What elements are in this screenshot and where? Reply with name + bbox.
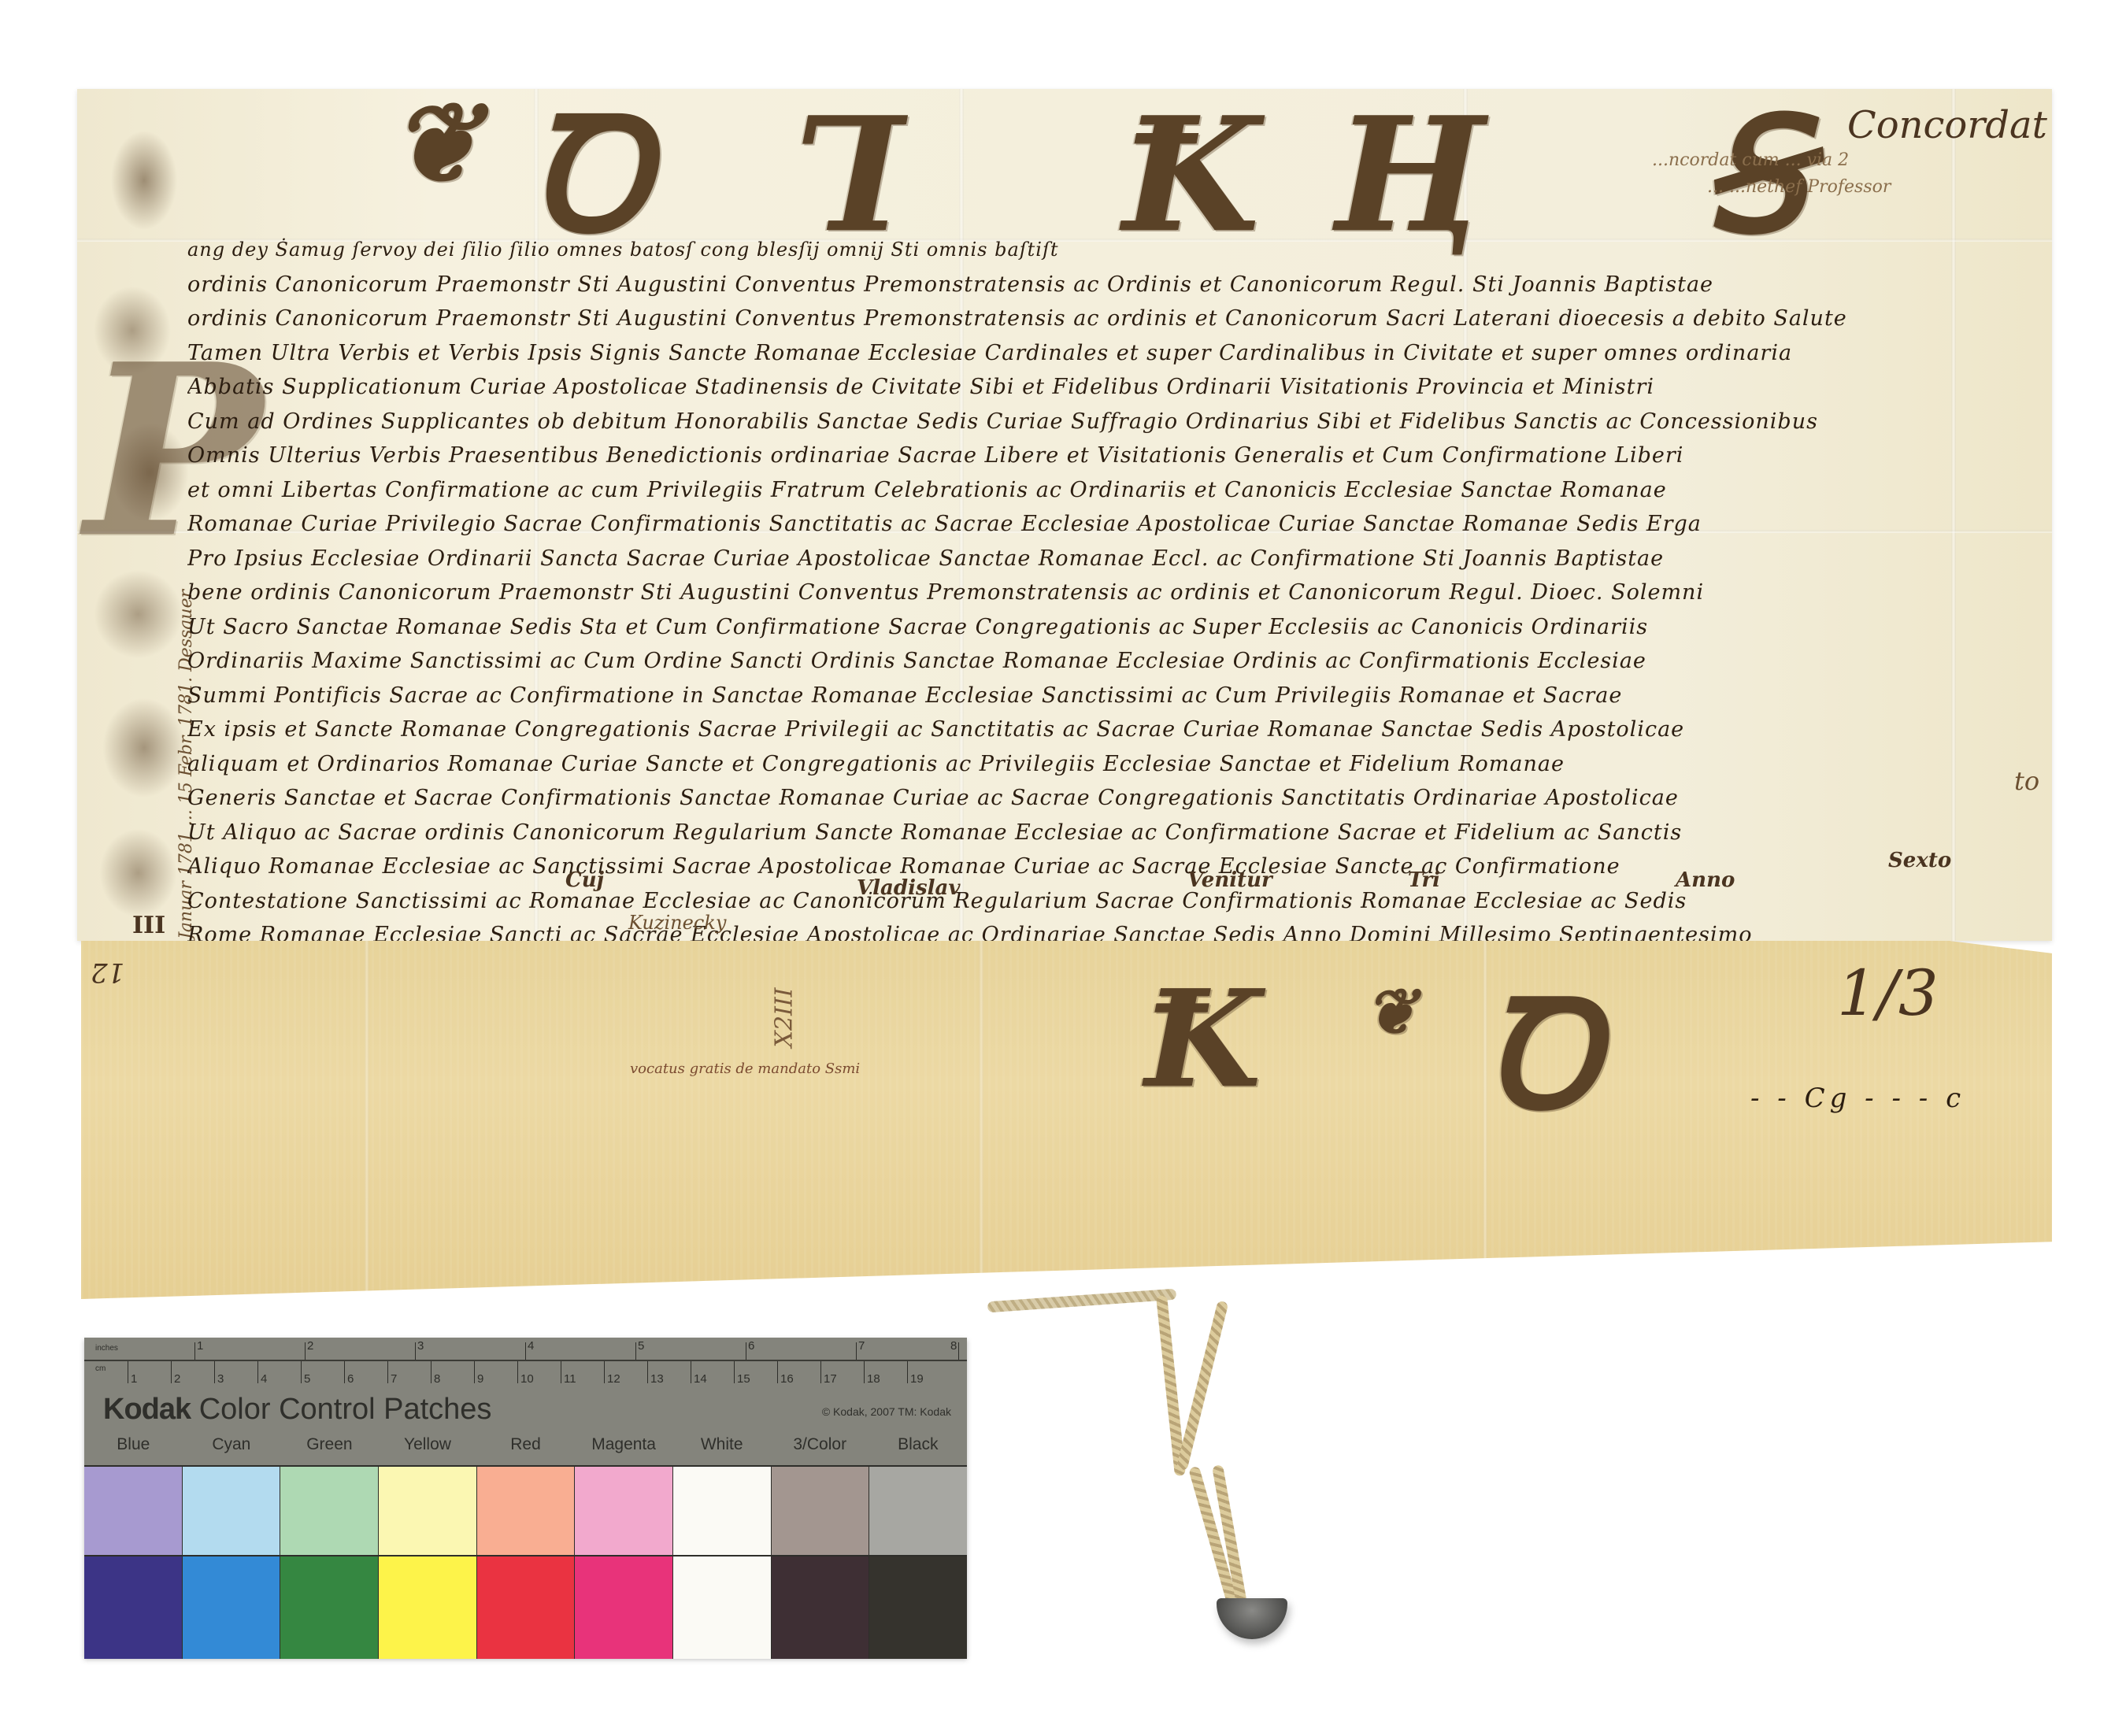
seal-cord (1176, 1301, 1229, 1471)
patch-red-light (477, 1467, 576, 1555)
plica-ornament: Ꝁ (1132, 972, 1274, 1106)
light-patch-row (84, 1465, 967, 1555)
ruler-tick-label: 17 (824, 1372, 837, 1386)
text-line: ang dey Ṡamug ſervoy dei ſilio ſilio omn… (187, 233, 1991, 268)
subscription-signature: Kuzinecky (628, 912, 726, 934)
seal-cord (987, 1289, 1176, 1313)
ruler-tick-label: 5 (638, 1339, 644, 1353)
patch-3color-dark (772, 1556, 870, 1659)
signature-word: Sexto (1888, 849, 1951, 872)
patch-cyan-light (183, 1467, 281, 1555)
ruler-tick-label: 7 (858, 1339, 865, 1353)
ruler-tick-label: 4 (528, 1339, 534, 1353)
parchment-texture (81, 941, 2052, 1299)
kodak-brand: Kodak (103, 1393, 191, 1426)
text-line: Generis Sanctae et Sacrae Confirmationis… (187, 781, 1991, 816)
ruler-tick-label: 10 (520, 1372, 534, 1386)
patch-yellow-light (379, 1467, 477, 1555)
ruler-tick-label: 3 (417, 1339, 424, 1353)
text-line: Ut Sacro Sanctae Romanae Sedis Sta et Cu… (187, 610, 1991, 645)
ruler-tick-label: 1 (131, 1372, 137, 1386)
patch-magenta-light (575, 1467, 673, 1555)
header-ornament: Ꞁ (770, 97, 928, 254)
text-line: ordinis Canonicorum Praemonstr Sti Augus… (187, 302, 1991, 336)
ruler-tick-label: 16 (780, 1372, 794, 1386)
kodak-title: Kodak Color Control Patches (103, 1393, 491, 1427)
plica-note: vocatus gratis de mandato Ssmi (630, 1060, 860, 1077)
signature-word: Anno (1676, 868, 1735, 892)
ruler-tick-label: 4 (261, 1372, 267, 1386)
charter-text-body: ang dey Ṡamug ſervoy dei ſilio ſilio omn… (187, 233, 1991, 1021)
text-line: Pro Ipsius Ecclesiae Ordinarii Sancta Sa… (187, 542, 1991, 576)
text-line: Cum ad Ordines Supplicantes ob debitum H… (187, 405, 1991, 439)
signature-word: Venitur (1187, 868, 1272, 892)
ruler-tick-label: 19 (910, 1372, 924, 1386)
patch-label-blue: Blue (84, 1427, 183, 1462)
patch-cyan-dark (183, 1556, 281, 1659)
plica-fold-flap: 12 X2III vocatus gratis de mandato Ssmi … (81, 941, 2052, 1299)
text-line: aliquam et Ordinarios Romanae Curiae San… (187, 747, 1991, 782)
patch-green-dark (280, 1556, 379, 1659)
patch-white-dark (673, 1556, 772, 1659)
ruler-unit-label: cm (95, 1364, 106, 1373)
patch-label-green: Green (280, 1427, 379, 1462)
patch-label-cyan: Cyan (183, 1427, 281, 1462)
patch-white-light (673, 1467, 772, 1555)
ruler-tick-label: 8 (434, 1372, 440, 1386)
ruler-tick-label: 5 (304, 1372, 310, 1386)
patch-magenta-dark (575, 1556, 673, 1659)
dark-patch-row (84, 1555, 967, 1659)
ruler-tick-label: 7 (391, 1372, 397, 1386)
text-line: ordinis Canonicorum Praemonstr Sti Augus… (187, 268, 1991, 302)
text-line: Summi Pontificis Sacrae ac Confirmatione… (187, 679, 1991, 713)
patch-black-dark (869, 1556, 967, 1659)
ruler-tick-label: 8 (950, 1339, 957, 1353)
plica-number: 12 (91, 957, 124, 988)
kodak-copyright: © Kodak, 2007 TM: Kodak (822, 1405, 951, 1418)
right-margin-mark: to (2014, 766, 2039, 796)
ruler-tick-label: 2 (307, 1339, 313, 1353)
header-ornament: Ꞩ (1676, 97, 1833, 254)
patch-label-white: White (672, 1427, 771, 1462)
text-line: et omni Libertas Confirmatione ac cum Pr… (187, 473, 1991, 508)
annotation-note: ...ncordat cum ... via 2 (1652, 150, 1849, 170)
text-line: Romanae Curiae Privilegio Sacrae Confirm… (187, 507, 1991, 542)
plica-marks: - - Cg - - - c (1750, 1083, 1965, 1114)
plica-fraction: 1/3 (1837, 957, 1939, 1030)
ruler-tick-label: 12 (607, 1372, 620, 1386)
plica-ornament: ❦ (1365, 980, 1412, 1043)
signature-word: Cuj (565, 868, 604, 892)
charter-parchment: P ❦ Ꝺ Ꞁ Ꝁ Ⱨ Ꞩ Concordat ...ncordat cum .… (77, 89, 2052, 941)
signature-word: Tri (1408, 868, 1440, 892)
ruler-tick-label: 13 (650, 1372, 664, 1386)
concordat-heading: Concordat (1847, 103, 2047, 147)
patch-red-dark (477, 1556, 576, 1659)
patch-yellow-dark (379, 1556, 477, 1659)
ruler-tick-label: 15 (737, 1372, 750, 1386)
ruler-inches: inches 1 2 3 4 5 6 7 8 (84, 1338, 967, 1361)
patch-3color-light (772, 1467, 870, 1555)
ruler-tick-label: 6 (748, 1339, 754, 1353)
patch-blue-light (84, 1467, 183, 1555)
fold-line (979, 941, 983, 1299)
ruler-tick-label: 3 (217, 1372, 224, 1386)
header-ornament: Ⱨ (1321, 97, 1494, 254)
patch-label-black: Black (869, 1427, 968, 1462)
header-ornament: ❦ (384, 89, 487, 199)
text-line: Ordinariis Maxime Sanctissimi ac Cum Ord… (187, 644, 1991, 679)
patch-label-yellow: Yellow (379, 1427, 477, 1462)
patch-black-light (869, 1467, 967, 1555)
text-line: Ex ipsis et Sancte Romanae Congregationi… (187, 713, 1991, 747)
ruler-tick-label: 14 (694, 1372, 707, 1386)
kodak-title-text: Color Control Patches (199, 1393, 492, 1426)
kodak-color-control-strip: inches 1 2 3 4 5 6 7 8 cm 1 2 3 4 5 6 7 … (84, 1338, 967, 1657)
text-line: Tamen Ultra Verbis et Verbis Ipsis Signi… (187, 336, 1991, 371)
ruler-tick-label: 6 (347, 1372, 354, 1386)
ruler-unit-label: inches (95, 1344, 118, 1353)
text-line: Ut Aliquo ac Sacrae ordinis Canonicorum … (187, 816, 1991, 850)
ruler-cm: cm 1 2 3 4 5 6 7 8 9 10 11 12 13 14 15 1… (84, 1361, 967, 1391)
header-ornament: Ꝁ (1101, 97, 1282, 254)
header-ornament: Ꝺ (502, 97, 676, 254)
ruler-tick-label: 11 (564, 1372, 576, 1386)
ruler-tick-label: 18 (867, 1372, 880, 1386)
ruler-tick-label: 2 (174, 1372, 180, 1386)
signature-word: Vladislav (857, 876, 960, 900)
patch-label-red: Red (476, 1427, 575, 1462)
patch-blue-dark (84, 1556, 183, 1659)
patch-green-light (280, 1467, 379, 1555)
text-line: bene ordinis Canonicorum Praemonstr Sti … (187, 576, 1991, 610)
roman-numeral: III (132, 912, 165, 939)
fold-line (365, 941, 369, 1299)
patch-label-3color: 3/Color (771, 1427, 869, 1462)
ruler-tick-label: 9 (477, 1372, 483, 1386)
text-line: Abbatis Supplicationum Curiae Apostolica… (187, 370, 1991, 405)
plica-vertical-note: X2III (771, 988, 798, 1048)
text-line: Omnis Ulterius Verbis Praesentibus Bened… (187, 439, 1991, 473)
plica-ornament: Ꝺ (1467, 980, 1617, 1130)
patch-label-magenta: Magenta (575, 1427, 673, 1462)
ruler-tick-label: 1 (197, 1339, 203, 1353)
annotation-note: ... ...nethef Professor (1707, 177, 1891, 197)
patch-labels: Blue Cyan Green Yellow Red Magenta White… (84, 1427, 967, 1462)
pendant-seal (1217, 1598, 1287, 1639)
